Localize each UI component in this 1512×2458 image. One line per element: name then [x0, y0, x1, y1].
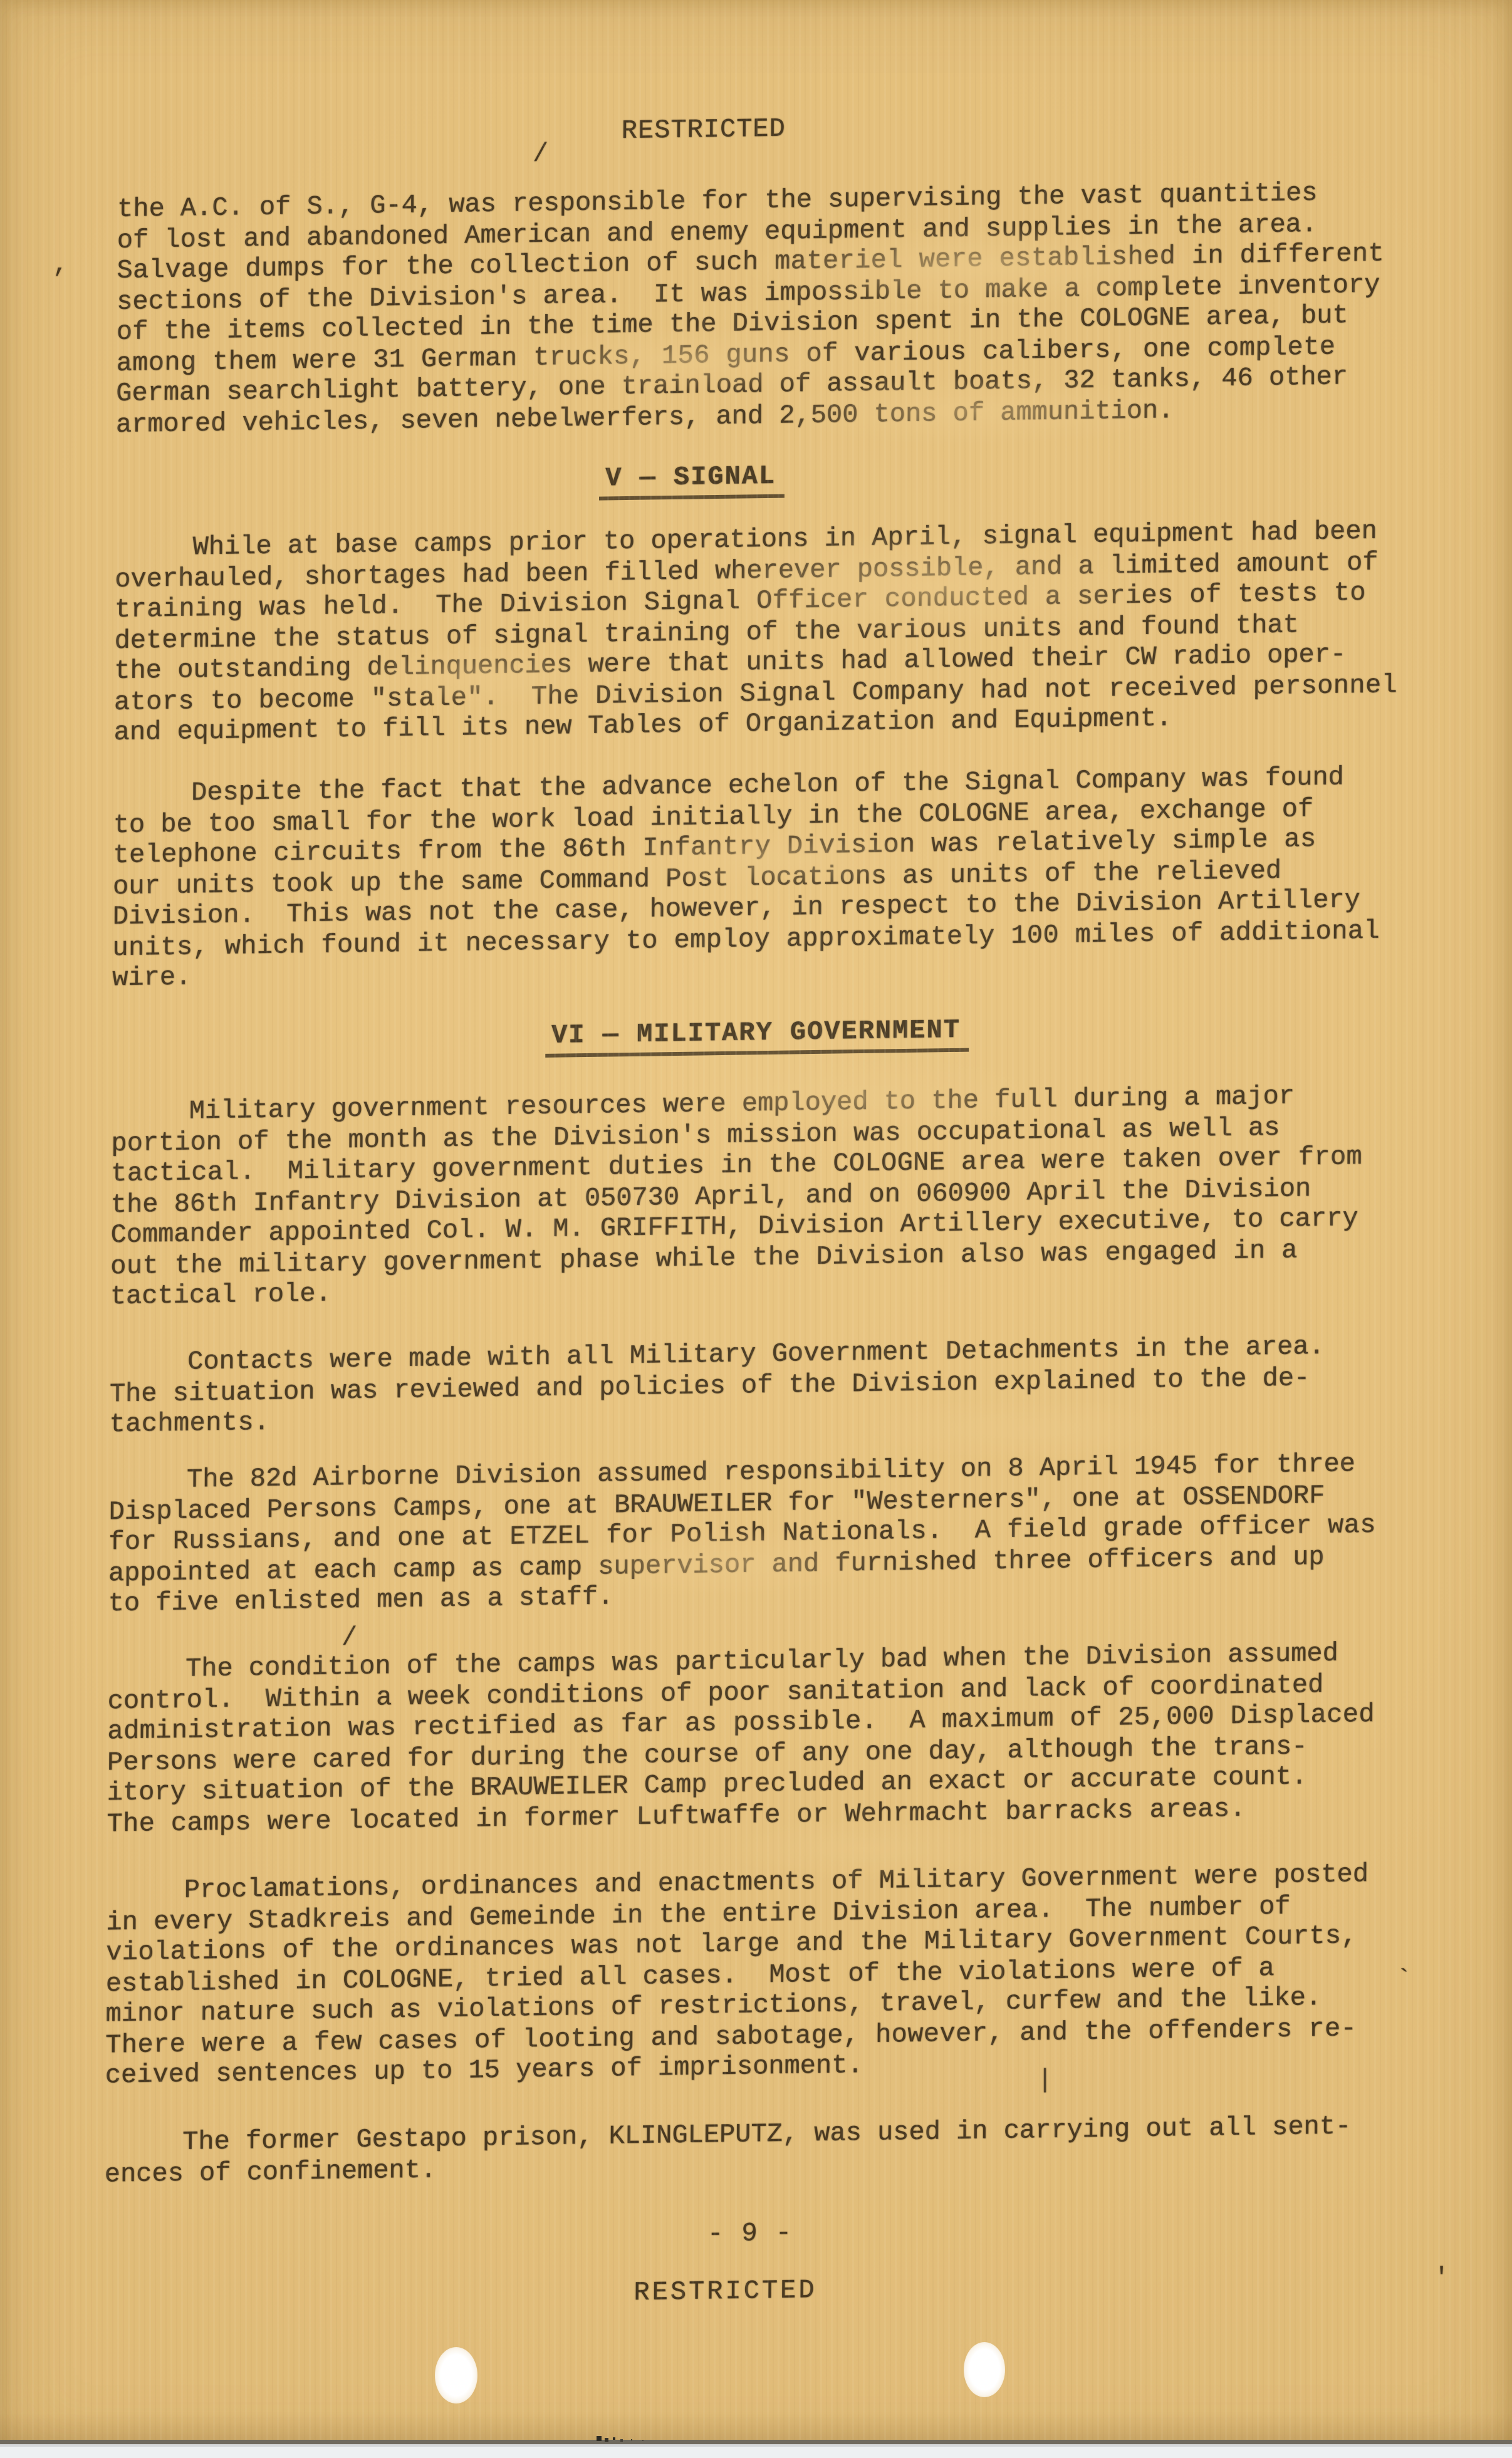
punch-hole-left: [435, 2347, 477, 2403]
scan-artifact-mark: ': [1434, 2263, 1449, 2293]
scan-artifact-mark: /: [533, 139, 548, 169]
paragraph: Military government resources were emplo…: [110, 1080, 1390, 1313]
page-number: - 9 -: [707, 2218, 793, 2250]
paragraph: Despite the fact that the advance echelo…: [112, 761, 1392, 994]
paragraph: Proclamations, ordinances and enactments…: [105, 1859, 1385, 2091]
punch-hole-right: [964, 2342, 1005, 2397]
section-heading-signal: V — SIGNAL: [599, 461, 785, 501]
scan-artifact-mark: |: [1037, 2065, 1053, 2095]
scan-smudge-mark: [597, 2436, 602, 2441]
paper-edge-shadow: [0, 2414, 1512, 2444]
paragraph: the A.C. of S., G-4, was responsible for…: [116, 177, 1395, 440]
classification-footer: RESTRICTED: [633, 2275, 816, 2308]
scanned-document-page: RESTRICTED the A.C. of S., G-4, was resp…: [0, 0, 1512, 2458]
paragraph: The 82d Airborne Division assumed respon…: [108, 1449, 1387, 1620]
scanner-edge-strip: [0, 2440, 1512, 2458]
scan-artifact-mark: /: [342, 1623, 357, 1653]
classification-header: RESTRICTED: [622, 113, 786, 147]
classification-header-row: RESTRICTED: [118, 105, 1396, 154]
paragraph: The former Gestapo prison, KLINGLEPUTZ, …: [105, 2111, 1383, 2190]
paragraph: Contacts were made with all Military Gov…: [109, 1331, 1388, 1440]
scan-artifact-mark: ,: [53, 249, 68, 279]
typewritten-text-layer: RESTRICTED the A.C. of S., G-4, was resp…: [103, 105, 1395, 2315]
section-heading-military-government: VI — MILITARY GOVERNMENT: [545, 1015, 969, 1058]
classification-footer-row: RESTRICTED: [103, 2268, 1382, 2316]
page-number-row: - 9 -: [104, 2210, 1382, 2258]
scan-artifact-mark: `: [1396, 1965, 1412, 1995]
section-heading-row: V — SIGNAL: [115, 452, 1394, 507]
section-heading-row: VI — MILITARY GOVERNMENT: [112, 1009, 1390, 1063]
document-body: the A.C. of S., G-4, was responsible for…: [105, 177, 1395, 2189]
paragraph: The condition of the camps was particula…: [107, 1638, 1386, 1840]
paragraph: While at base camps prior to operations …: [114, 516, 1394, 748]
